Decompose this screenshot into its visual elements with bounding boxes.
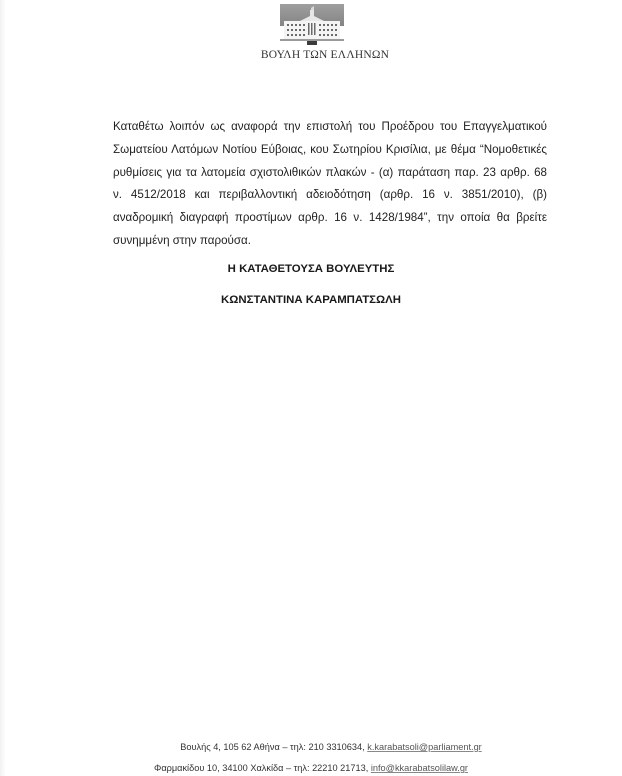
parliament-building-icon <box>278 2 346 46</box>
body-line: Σωματείου Λατόμων Νοτίου Εύβοιας, κου Σω… <box>113 139 547 162</box>
body-paragraph: Καταθέτω λοιπόν ως αναφορά την επιστολή … <box>113 116 547 253</box>
document-page: ΒΟΥΛΗ ΤΩΝ ΕΛΛΗΝΩΝ Καταθέτω λοιπόν ως ανα… <box>0 0 622 776</box>
body-line: ν. 4512/2018 και περιβαλλοντική αδειοδότ… <box>113 184 547 207</box>
footer-address-text: Φαρμακίδου 10, 34100 Χαλκίδα – τηλ: 2221… <box>154 763 371 773</box>
footer-athens-address: Βουλής 4, 105 62 Αθήνα – τηλ: 210 331063… <box>0 742 622 752</box>
body-line: συνημμένη στην παρούσα. <box>113 230 547 253</box>
organization-name: ΒΟΥΛΗ ΤΩΝ ΕΛΛΗΝΩΝ <box>250 49 400 61</box>
footer-chalkida-address: Φαρμακίδου 10, 34100 Χαλκίδα – τηλ: 2221… <box>0 763 622 773</box>
body-line: ρυθμίσεις για τα λατομεία σχιστολιθικών … <box>113 162 547 185</box>
parliament-email-link[interactable]: k.karabatsoli@parliament.gr <box>367 742 482 752</box>
page-edge-shadow <box>0 0 6 776</box>
footer-address-text: Βουλής 4, 105 62 Αθήνα – τηλ: 210 331063… <box>180 742 367 752</box>
body-line: Καταθέτω λοιπόν ως αναφορά την επιστολή … <box>113 116 547 139</box>
body-line: αναδρομική διαγραφή προστίμων αρθρ. 16 ν… <box>113 207 547 230</box>
office-email-link[interactable]: info@kkarabatsolilaw.gr <box>371 763 468 773</box>
signature-name: ΚΩΝΣΤΑΝΤΙΝΑ ΚΑΡΑΜΠΑΤΣΩΛΗ <box>0 294 622 306</box>
signature-title: Η ΚΑΤΑΘΕΤΟΥΣΑ ΒΟΥΛΕΥΤΗΣ <box>0 263 622 275</box>
